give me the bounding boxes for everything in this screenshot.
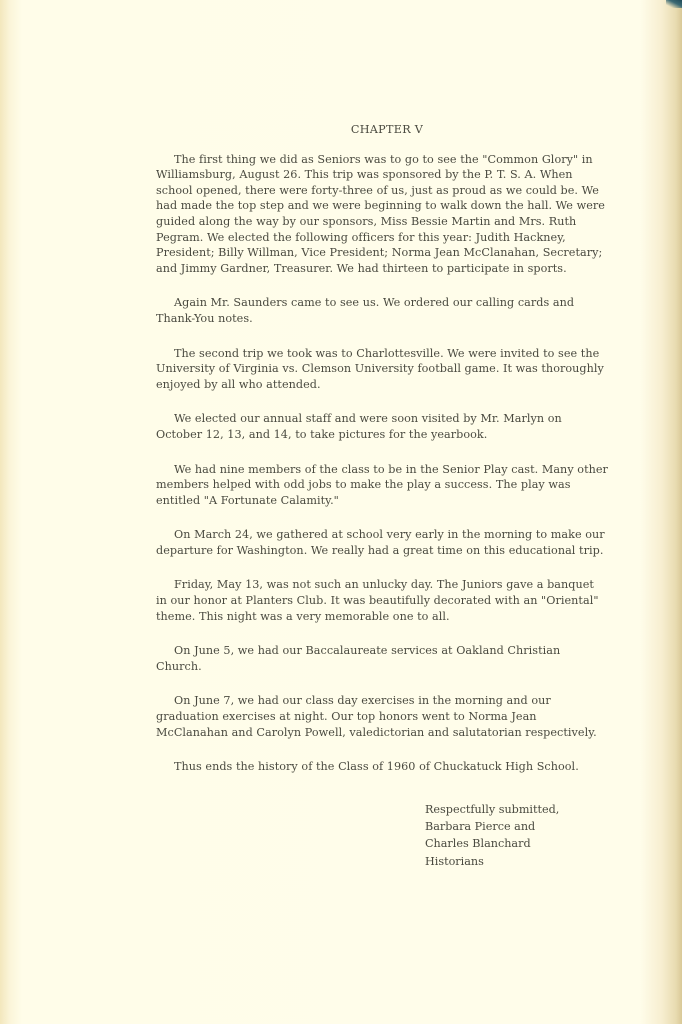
signature-block: Respectfully submitted, Barbara Pierce a… (425, 801, 559, 870)
paragraph-washington-trip: On March 24, we gathered at school very … (156, 527, 608, 558)
signature-closing: Respectfully submitted, (425, 801, 559, 818)
signature-role: Historians (425, 853, 559, 870)
paragraph-annual-staff: We elected our annual staff and were soo… (156, 411, 608, 442)
paragraph-senior-year-start: The first thing we did as Seniors was to… (156, 152, 608, 277)
paragraph-baccalaureate: On June 5, we had our Baccalaureate serv… (156, 643, 608, 674)
signature-author-2: Charles Blanchard (425, 835, 559, 852)
scanned-page: CHAPTER V The first thing we did as Seni… (0, 0, 682, 1024)
chapter-title: CHAPTER V (156, 122, 608, 138)
paragraph-calling-cards: Again Mr. Saunders came to see us. We or… (156, 295, 608, 326)
paragraph-closing: Thus ends the history of the Class of 19… (156, 759, 608, 775)
signature-author-1: Barbara Pierce and (425, 818, 559, 835)
paragraph-senior-play: We had nine members of the class to be i… (156, 462, 608, 509)
paragraph-graduation: On June 7, we had our class day exercise… (156, 693, 608, 740)
page-corner-shadow (666, 0, 682, 8)
chapter-body: CHAPTER V The first thing we did as Seni… (156, 122, 608, 794)
paragraph-junior-senior-banquet: Friday, May 13, was not such an unlucky … (156, 577, 608, 624)
paragraph-charlottesville-trip: The second trip we took was to Charlotte… (156, 346, 608, 393)
